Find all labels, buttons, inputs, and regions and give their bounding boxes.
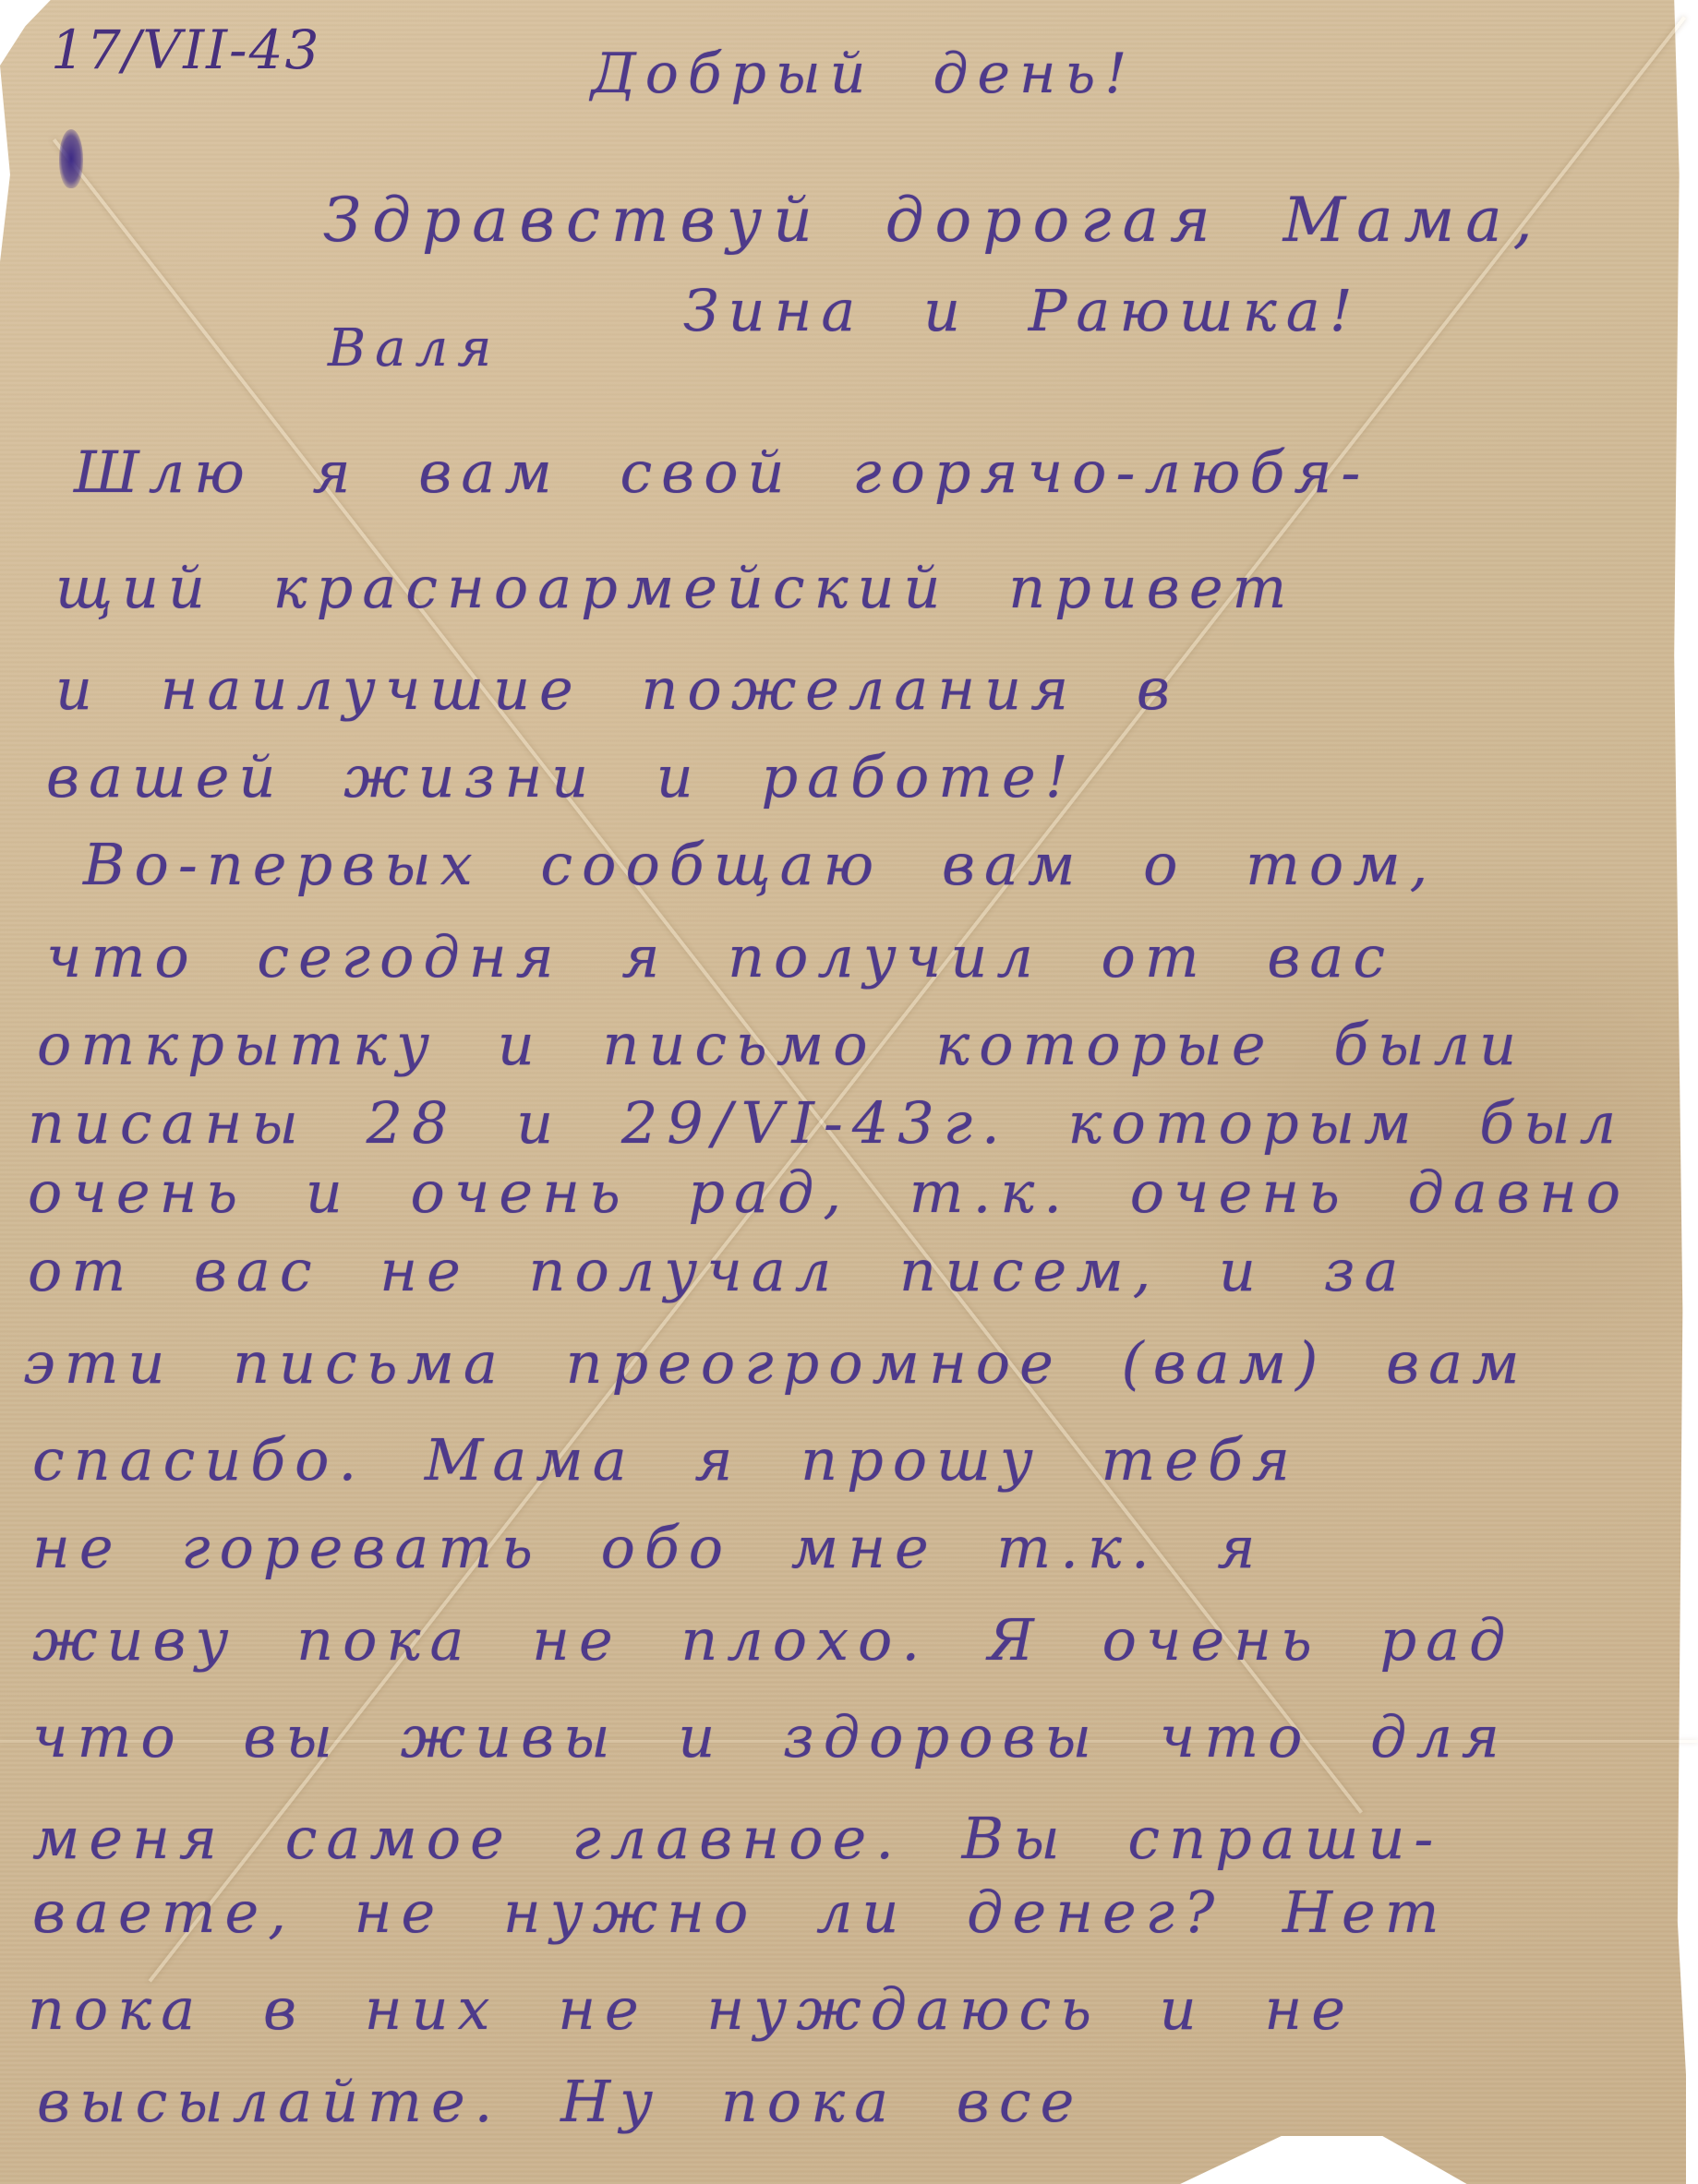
salutation-name-valya: Валя: [328, 318, 500, 378]
letter-line-19: высылайте. Ну пока все: [37, 2068, 1083, 2135]
salutation-line-2: Зина и Раюшка!: [683, 277, 1362, 344]
letter-line-2: щий красноармейский привет: [55, 554, 1295, 621]
letter-date: 17/VII-43: [51, 18, 320, 81]
letter-line-8: писаны 28 и 29/VI-43г. которым был: [28, 1089, 1625, 1157]
letter-line-18: пока в них не нуждаюсь и не: [28, 1975, 1355, 2043]
letter-line-15: что вы живы и здоровы что для: [32, 1703, 1509, 1770]
letter-line-7: открытку и письмо которые были: [37, 1011, 1525, 1078]
letter-line-12: спасибо. Мама я прошу тебя: [32, 1426, 1299, 1494]
handwritten-letter: 17/VII-43 Добрый день! Здравствуй дорога…: [0, 0, 1686, 2184]
letter-line-4: вашей жизни и работе!: [46, 743, 1078, 810]
letter-line-9: очень и очень рад, т.к. очень давно: [28, 1158, 1630, 1226]
letter-line-16: меня самое главное. Вы спраши-: [32, 1805, 1442, 1872]
letter-line-5: Во-первых сообщаю вам о том,: [83, 831, 1437, 898]
ink-blot: [59, 129, 83, 188]
letter-line-14: живу пока не плохо. Я очень рад: [32, 1606, 1514, 1674]
letter-line-10: от вас не получал писем, и за: [28, 1237, 1407, 1304]
letter-line-13: не горевать обо мне т.к. я: [32, 1514, 1264, 1581]
letter-line-11: эти письма преогромное (вам) вам: [23, 1329, 1529, 1397]
letter-line-17: ваете, не нужно ли денег? Нет: [32, 1878, 1449, 1946]
letter-line-1: Шлю я вам свой горячо-любя-: [74, 438, 1369, 506]
greeting-top: Добрый день!: [591, 42, 1136, 106]
salutation-line-1: Здравствуй дорогая Мама,: [323, 185, 1544, 256]
letter-line-6: что сегодня я получил от вас: [46, 923, 1394, 990]
letter-line-3: и наилучшие пожелания в: [55, 655, 1179, 723]
